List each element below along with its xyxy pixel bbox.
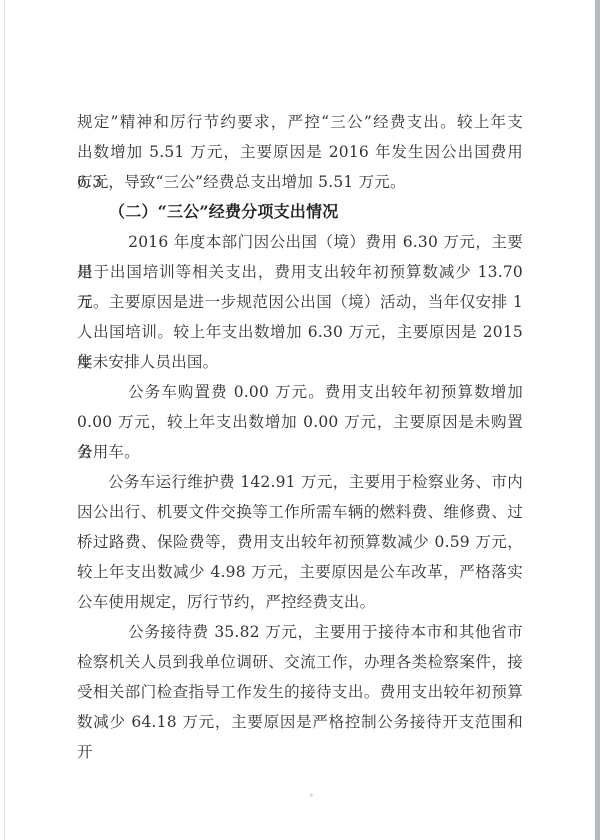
text-line: 规定”精神和厉行节约要求，严控“三公”经费支出。较上年支 (77, 107, 523, 137)
text-line: 桥过路费、保险费等，费用支出较年初预算数减少 0.59 万元， (77, 527, 523, 557)
page-right-edge-strip (595, 0, 600, 840)
text-line: 万元，导致“三公”经费总支出增加 5.51 万元。 (77, 167, 523, 197)
text-line: 较上年支出数减少 4.98 万元，主要原因是公车改革，严格落实 (77, 557, 523, 587)
text-line: 人出国培训。较上年支出数增加 6.30 万元，主要原因是 2015 年 (77, 317, 523, 347)
document-body: 规定”精神和厉行节约要求，严控“三公”经费支出。较上年支 出数增加 5.51 万… (77, 107, 523, 737)
page-left-edge-line (4, 0, 5, 840)
text-line: 检察机关人员到我单位调研、交流工作，办理各类检察案件，接 (77, 647, 523, 677)
faint-footer-mark: * (309, 794, 314, 803)
text-line: 0.00 万元，较上年支出数增加 0.00 万元，主要原因是未购置公 (77, 407, 523, 437)
scanned-document-page: 规定”精神和厉行节约要求，严控“三公”经费支出。较上年支 出数增加 5.51 万… (0, 0, 600, 840)
text-line: 元。主要原因是进一步规范因公出国（境）活动，当年仅安排 1 (77, 287, 523, 317)
text-line: 用于出国培训等相关支出，费用支出较年初预算数减少 13.70 万 (77, 257, 523, 287)
paragraph-first-line: 2016 年度本部门因公出国（境）费用 6.30 万元，主要是 (77, 227, 523, 257)
paragraph-first-line: 公务车运行维护费 142.91 万元，主要用于检察业务、市内 (77, 467, 523, 497)
section-heading: （二）“三公”经费分项支出情况 (77, 197, 523, 227)
text-line: 务用车。 (77, 437, 523, 467)
text-line: 因公出行、机要文件交换等工作所需车辆的燃料费、维修费、过 (77, 497, 523, 527)
paragraph-first-line: 公务接待费 35.82 万元，主要用于接待本市和其他省市 (77, 617, 523, 647)
text-line: 公车使用规定，厉行节约，严控经费支出。 (77, 587, 523, 617)
paragraph-first-line: 公务车购置费 0.00 万元。费用支出较年初预算数增加 (77, 377, 523, 407)
text-line: 数减少 64.18 万元，主要原因是严格控制公务接待开支范围和开 (77, 707, 523, 737)
text-line: 受相关部门检查指导工作发生的接待支出。费用支出较年初预算 (77, 677, 523, 707)
text-line: 出数增加 5.51 万元，主要原因是 2016 年发生因公出国费用 6.3 (77, 137, 523, 167)
text-line: 度未安排人员出国。 (77, 347, 523, 377)
